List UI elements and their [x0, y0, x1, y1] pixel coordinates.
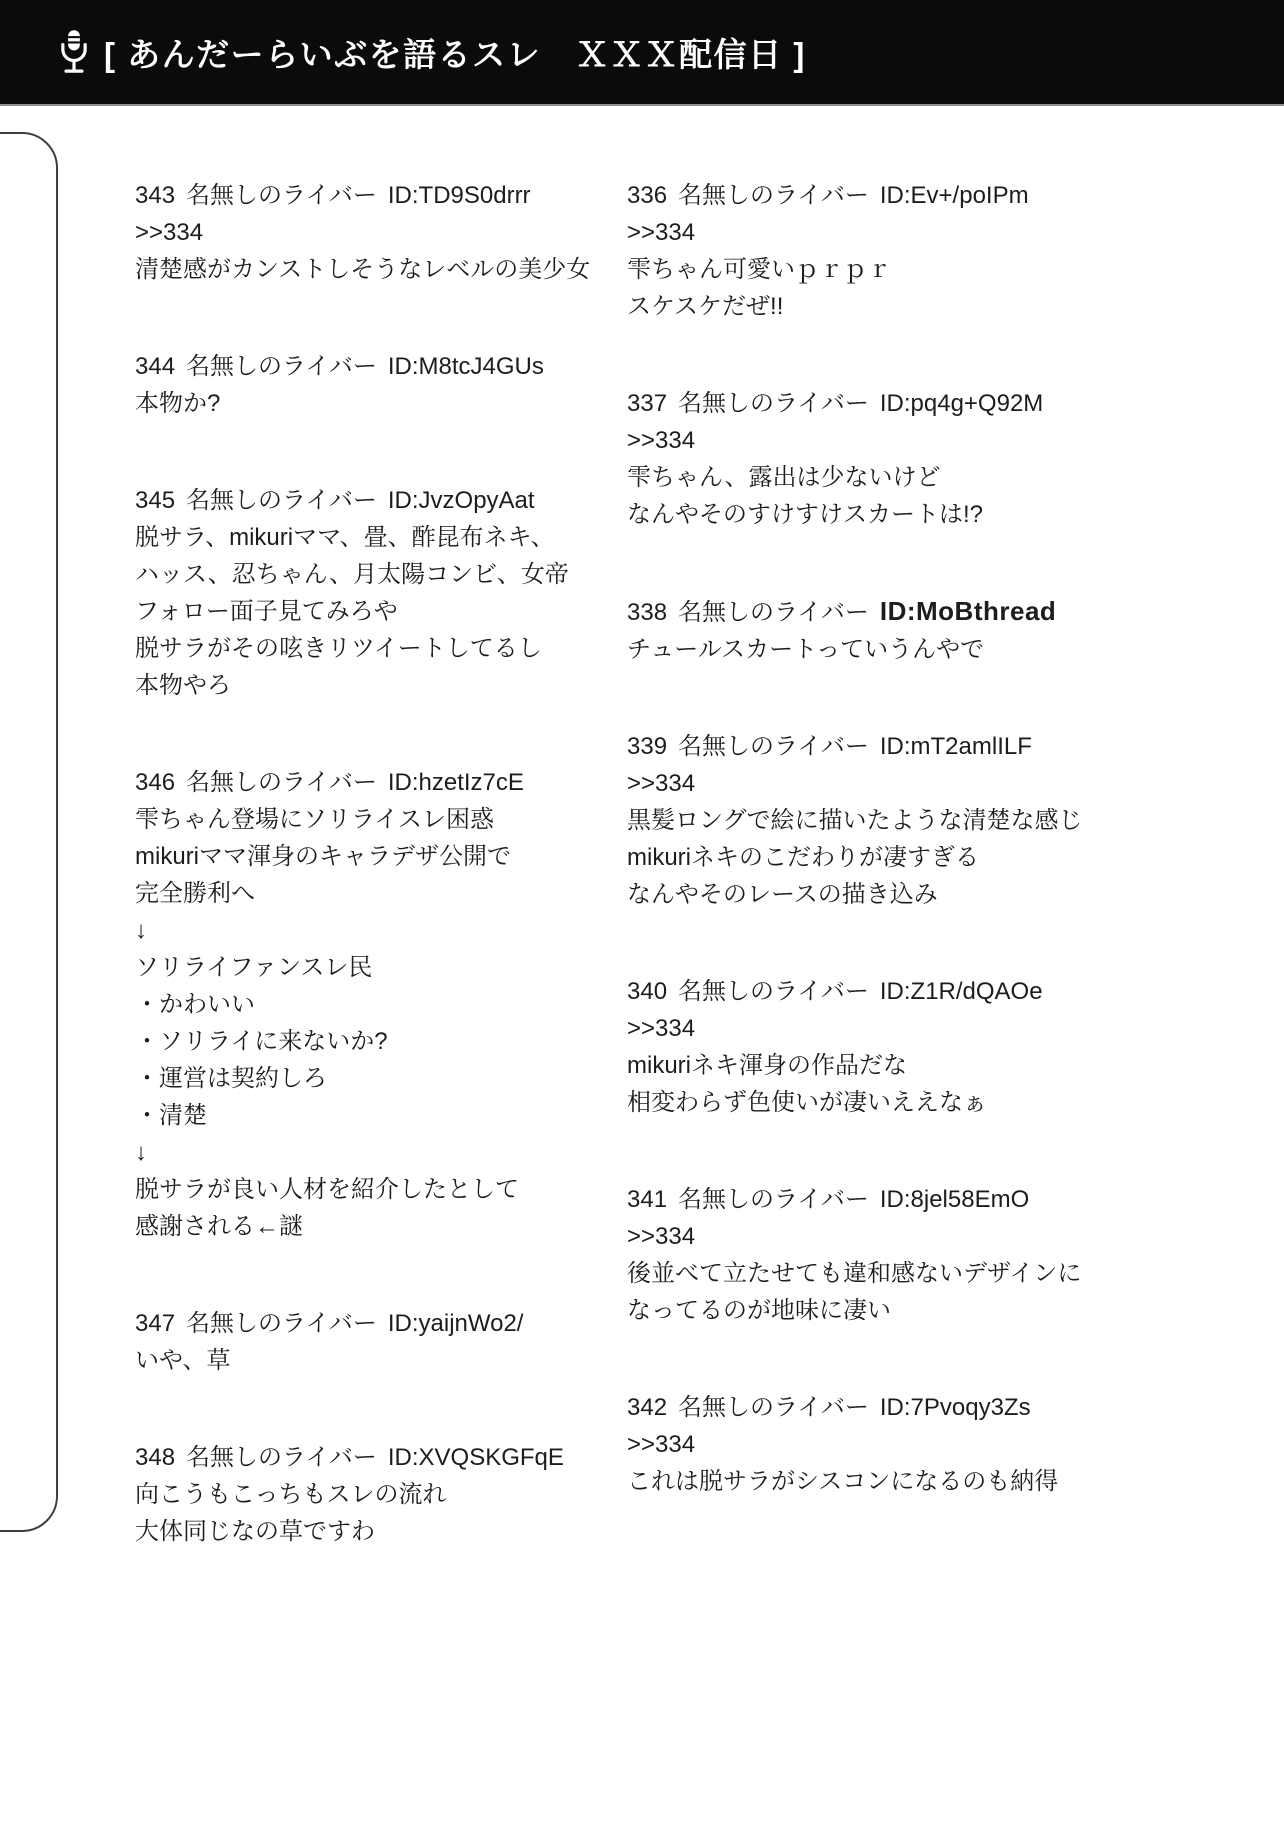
thread-post: 341名無しのライバーID:8jel58EmO>>334後並べて立たせても違和感…: [627, 1181, 1282, 1329]
post-number: 346: [135, 769, 175, 796]
title-bar: [ あんだーらいぶを語るスレ ＸＸＸ配信日 ]: [0, 0, 1284, 106]
post-header: 342名無しのライバーID:7Pvoqy3Zs: [627, 1389, 1282, 1426]
post-header: 338名無しのライバーID:MoBthread: [627, 593, 1282, 631]
post-number: 338: [627, 599, 667, 626]
poster-id: ID:XVQSKGFqE: [388, 1444, 564, 1471]
post-text: 本物やろ: [135, 667, 640, 704]
post-text: ・運営は契約しろ: [135, 1060, 640, 1097]
thread-post: 342名無しのライバーID:7Pvoqy3Zs>>334これは脱サラがシスコンに…: [627, 1389, 1282, 1500]
thread-title: [ あんだーらいぶを語るスレ ＸＸＸ配信日 ]: [104, 29, 806, 76]
reply-anchor[interactable]: >>334: [627, 1426, 1282, 1463]
post-header: 347名無しのライバーID:yaijnWo2/: [135, 1305, 640, 1342]
thread-post: 348名無しのライバーID:XVQSKGFqE向こうもこっちもスレの流れ大体同じ…: [135, 1439, 640, 1550]
post-text: なってるのが地味に凄い: [627, 1292, 1282, 1329]
post-text: なんやそのすけすけスカートは!?: [627, 496, 1282, 533]
thread-post: 338名無しのライバーID:MoBthreadチュールスカートっていうんやで: [627, 593, 1282, 668]
post-number: 340: [627, 978, 667, 1005]
poster-name: 名無しのライバー: [186, 182, 377, 209]
post-text: ↓: [135, 912, 640, 949]
post-header: 339名無しのライバーID:mT2amlILF: [627, 728, 1282, 765]
thread-post: 340名無しのライバーID:Z1R/dQAOe>>334mikuriネキ渾身の作…: [627, 973, 1282, 1121]
post-header: 341名無しのライバーID:8jel58EmO: [627, 1181, 1282, 1218]
poster-name: 名無しのライバー: [186, 487, 377, 514]
post-text: なんやそのレースの描き込み: [627, 876, 1282, 913]
reply-anchor[interactable]: >>334: [627, 422, 1282, 459]
post-header: 340名無しのライバーID:Z1R/dQAOe: [627, 973, 1282, 1010]
post-text: いや、草: [135, 1342, 640, 1379]
poster-name: 名無しのライバー: [678, 1186, 869, 1213]
post-number: 342: [627, 1394, 667, 1421]
thread-column-right: 336名無しのライバーID:Ev+/poIPm>>334雫ちゃん可愛いｐｒｐｒス…: [627, 177, 1282, 1560]
post-header: 348名無しのライバーID:XVQSKGFqE: [135, 1439, 640, 1476]
poster-name: 名無しのライバー: [678, 733, 869, 760]
post-header: 343名無しのライバーID:TD9S0drrr: [135, 177, 640, 214]
reply-anchor[interactable]: >>334: [627, 214, 1282, 251]
post-text: ハッス、忍ちゃん、月太陽コンビ、女帝: [135, 556, 640, 593]
poster-id: ID:mT2amlILF: [880, 733, 1032, 760]
post-number: 347: [135, 1310, 175, 1337]
post-text: 脱サラが良い人材を紹介したとして: [135, 1171, 640, 1208]
poster-id: ID:7Pvoqy3Zs: [880, 1394, 1031, 1421]
post-text: ソリライファンスレ民: [135, 949, 640, 986]
poster-id: ID:TD9S0drrr: [388, 182, 531, 209]
post-text: 脱サラがその呟きリツイートしてるし: [135, 630, 640, 667]
poster-name: 名無しのライバー: [186, 769, 377, 796]
poster-id: ID:yaijnWo2/: [388, 1310, 524, 1337]
post-text: チュールスカートっていうんやで: [627, 631, 1282, 668]
reply-anchor[interactable]: >>334: [627, 1010, 1282, 1047]
thread-post: 339名無しのライバーID:mT2amlILF>>334黒髪ロングで絵に描いたよ…: [627, 728, 1282, 913]
poster-id: ID:8jel58EmO: [880, 1186, 1029, 1213]
post-text: ↓: [135, 1134, 640, 1171]
thread-post: 346名無しのライバーID:hzetIz7cE雫ちゃん登場にソリライスレ困惑mi…: [135, 764, 640, 1245]
post-text: 雫ちゃん可愛いｐｒｐｒ: [627, 251, 1282, 288]
post-text: 感謝される←謎: [135, 1208, 640, 1245]
post-text: 向こうもこっちもスレの流れ: [135, 1476, 640, 1513]
post-number: 339: [627, 733, 667, 760]
reply-anchor[interactable]: >>334: [627, 1218, 1282, 1255]
post-text: フォロー面子見てみろや: [135, 593, 640, 630]
post-number: 343: [135, 182, 175, 209]
post-header: 344名無しのライバーID:M8tcJ4GUs: [135, 348, 640, 385]
thread-post: 344名無しのライバーID:M8tcJ4GUs本物か?: [135, 348, 640, 422]
post-text: 相変わらず色使いが凄いええなぁ: [627, 1084, 1282, 1121]
post-text: スケスケだぜ!!: [627, 288, 1282, 325]
post-text: ・かわいい: [135, 986, 640, 1023]
poster-id: ID:Ev+/poIPm: [880, 182, 1029, 209]
post-text: 雫ちゃん、露出は少ないけど: [627, 459, 1282, 496]
post-text: ・清楚: [135, 1097, 640, 1134]
poster-id: ID:JvzOpyAat: [388, 487, 535, 514]
thread-post: 347名無しのライバーID:yaijnWo2/いや、草: [135, 1305, 640, 1379]
poster-name: 名無しのライバー: [678, 182, 869, 209]
post-number: 336: [627, 182, 667, 209]
post-header: 336名無しのライバーID:Ev+/poIPm: [627, 177, 1282, 214]
post-text: 黒髪ロングで絵に描いたような清楚な感じ: [627, 802, 1282, 839]
post-text: 脱サラ、mikuriママ、畳、酢昆布ネキ、: [135, 519, 640, 556]
post-header: 346名無しのライバーID:hzetIz7cE: [135, 764, 640, 801]
poster-id: ID:M8tcJ4GUs: [388, 353, 544, 380]
poster-name: 名無しのライバー: [678, 978, 869, 1005]
poster-name: 名無しのライバー: [186, 1444, 377, 1471]
poster-name: 名無しのライバー: [678, 1394, 869, 1421]
post-text: mikuriネキのこだわりが凄すぎる: [627, 839, 1282, 876]
post-text: 本物か?: [135, 385, 640, 422]
reply-anchor[interactable]: >>334: [627, 765, 1282, 802]
thread-post: 343名無しのライバーID:TD9S0drrr>>334清楚感がカンストしそうな…: [135, 177, 640, 288]
post-text: 完全勝利へ: [135, 875, 640, 912]
post-text: これは脱サラがシスコンになるのも納得: [627, 1463, 1282, 1500]
page-frame: [0, 132, 58, 1532]
poster-name: 名無しのライバー: [678, 390, 869, 417]
thread-post: 336名無しのライバーID:Ev+/poIPm>>334雫ちゃん可愛いｐｒｐｒス…: [627, 177, 1282, 325]
post-number: 337: [627, 390, 667, 417]
post-text: mikuriネキ渾身の作品だな: [627, 1047, 1282, 1084]
poster-name: 名無しのライバー: [186, 353, 377, 380]
poster-name: 名無しのライバー: [678, 599, 869, 626]
post-number: 348: [135, 1444, 175, 1471]
post-header: 337名無しのライバーID:pq4g+Q92M: [627, 385, 1282, 422]
post-text: 清楚感がカンストしそうなレベルの美少女: [135, 251, 640, 288]
poster-id: ID:MoBthread: [880, 596, 1056, 626]
thread-post: 345名無しのライバーID:JvzOpyAat脱サラ、mikuriママ、畳、酢昆…: [135, 482, 640, 704]
post-number: 344: [135, 353, 175, 380]
poster-id: ID:hzetIz7cE: [388, 769, 524, 796]
post-text: mikuriママ渾身のキャラデザ公開で: [135, 838, 640, 875]
microphone-icon: [57, 28, 91, 76]
poster-name: 名無しのライバー: [186, 1310, 377, 1337]
post-text: 大体同じなの草ですわ: [135, 1513, 640, 1550]
post-text: 雫ちゃん登場にソリライスレ困惑: [135, 801, 640, 838]
post-text: 後並べて立たせても違和感ないデザインに: [627, 1255, 1282, 1292]
reply-anchor[interactable]: >>334: [135, 214, 640, 251]
thread-post: 337名無しのライバーID:pq4g+Q92M>>334雫ちゃん、露出は少ないけ…: [627, 385, 1282, 533]
post-header: 345名無しのライバーID:JvzOpyAat: [135, 482, 640, 519]
poster-id: ID:pq4g+Q92M: [880, 390, 1043, 417]
poster-id: ID:Z1R/dQAOe: [880, 978, 1043, 1005]
post-text: ・ソリライに来ないか?: [135, 1023, 640, 1060]
post-number: 345: [135, 487, 175, 514]
post-number: 341: [627, 1186, 667, 1213]
thread-column-left: 343名無しのライバーID:TD9S0drrr>>334清楚感がカンストしそうな…: [135, 177, 640, 1610]
